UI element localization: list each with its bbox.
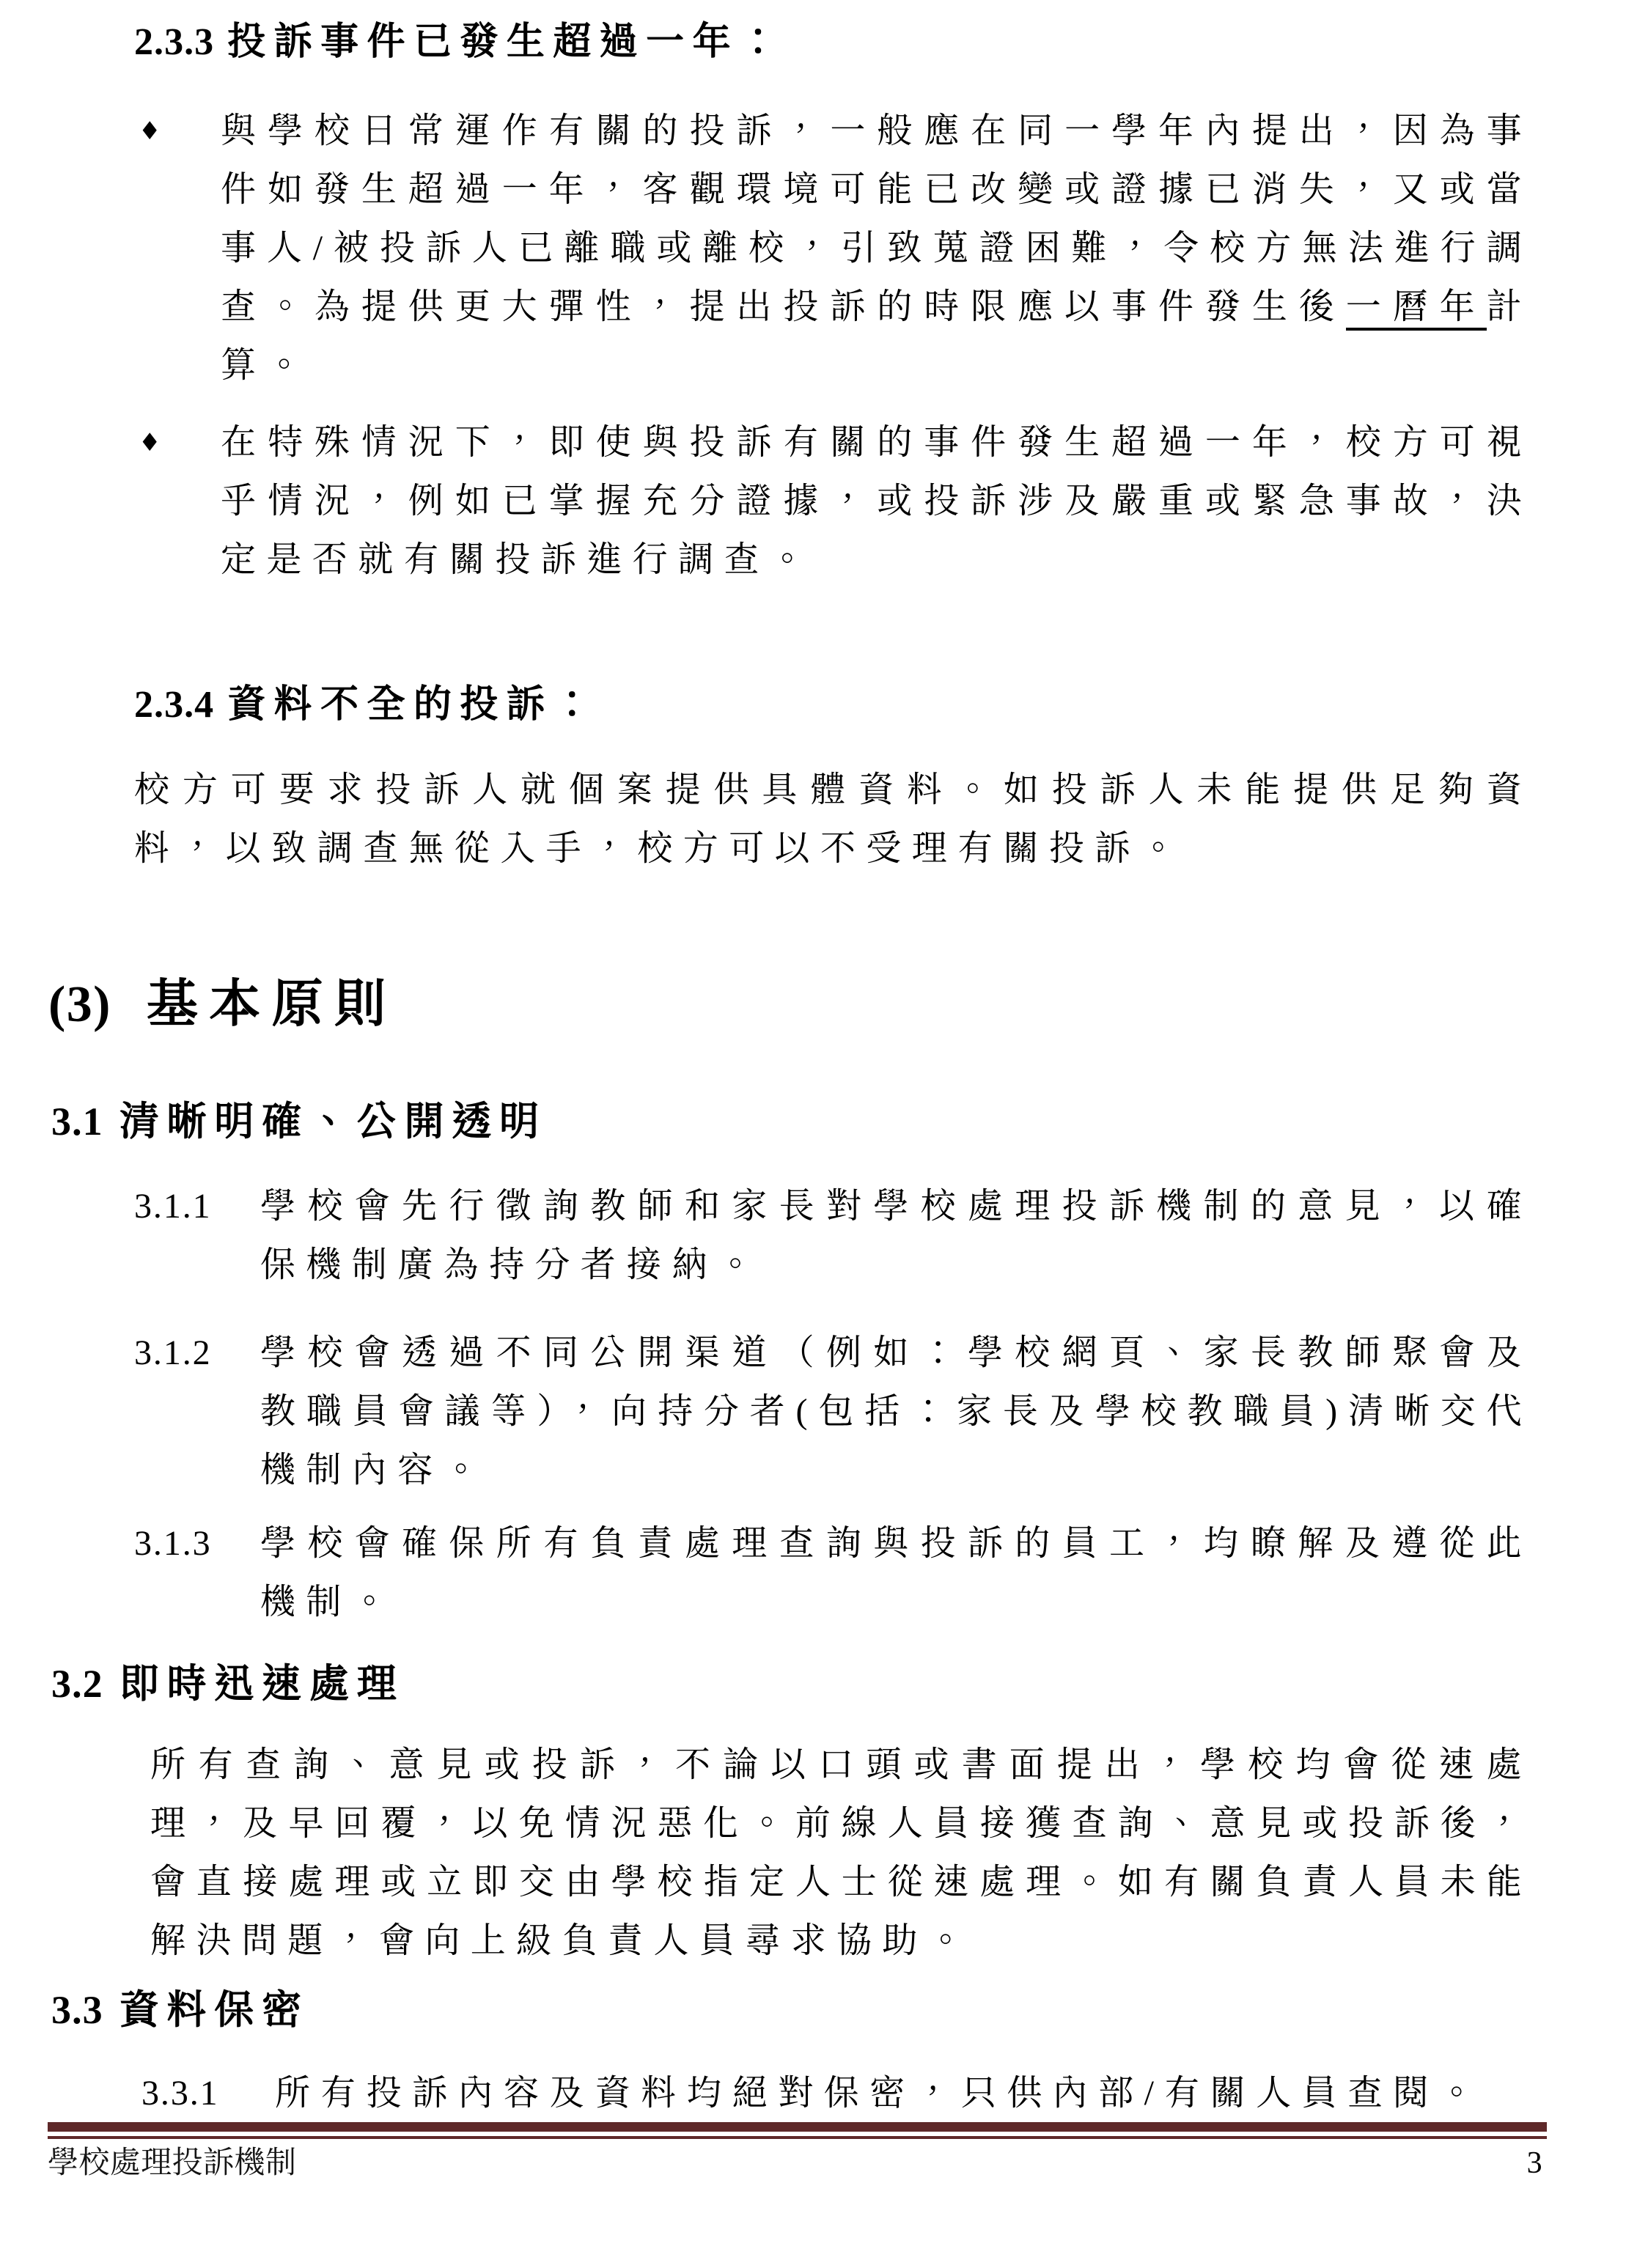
item-311: 3.1.1 學校會先行徵詢教師和家長對學校處理投訴機制的意見，以確保機制廣為持分… — [134, 1177, 1532, 1295]
section-31-heading: 3.1清晰明確、公開透明 — [51, 1095, 1532, 1148]
bullet-item-2: ♦ 在特殊情況下，即使與投訴有關的事件發生超過一年，校方可視乎情況，例如已掌握充… — [134, 413, 1532, 589]
item-312-text: 學校會透過不同公開渠道（例如：學校網頁、家長教師聚會及教職員會議等），向持分者(… — [260, 1324, 1532, 1500]
item-312-number: 3.1.2 — [134, 1324, 260, 1382]
item-311-number: 3.1.1 — [134, 1177, 260, 1236]
footer-rule-thick — [48, 2122, 1547, 2132]
diamond-bullet-icon: ♦ — [134, 413, 221, 472]
page-footer: 學校處理投訴機制 3 — [48, 2122, 1547, 2182]
section-33-number: 3.3 — [51, 1988, 103, 2032]
diamond-bullet-icon: ♦ — [134, 102, 221, 161]
item-331: 3.3.1 所有投訴內容及資料均絕對保密，只供內部/有關人員查閱。 — [134, 2064, 1532, 2123]
item-311-text: 學校會先行徵詢教師和家長對學校處理投訴機制的意見，以確保機制廣為持分者接納。 — [260, 1177, 1532, 1295]
section-33-title: 資料保密 — [119, 1988, 309, 2032]
item-313-number: 3.1.3 — [134, 1514, 260, 1573]
item-313-text: 學校會確保所有負責處理查詢與投訴的員工，均瞭解及遵從此機制。 — [260, 1514, 1532, 1632]
bullet-item-2-text: 在特殊情況下，即使與投訴有關的事件發生超過一年，校方可視乎情況，例如已掌握充分證… — [221, 413, 1532, 589]
document-page: 2.3.3投訴事件已發生超過一年： ♦ 與學校日常運作有關的投訴，一般應在同一學… — [0, 0, 1648, 2268]
bullet-item-1: ♦ 與學校日常運作有關的投訴，一般應在同一學年內提出，因為事件如發生超過一年，客… — [134, 102, 1532, 395]
bullet-1-underlined-term: 一曆年 — [1346, 287, 1487, 331]
section-3-number: (3) — [48, 976, 111, 1033]
section-3-heading: (3)基本原則 — [48, 973, 1532, 1037]
item-331-text: 所有投訴內容及資料均絕對保密，只供內部/有關人員查閱。 — [275, 2064, 1532, 2123]
item-331-number: 3.3.1 — [134, 2064, 275, 2123]
section-33-heading: 3.3資料保密 — [51, 1984, 1532, 2036]
item-312: 3.1.2 學校會透過不同公開渠道（例如：學校網頁、家長教師聚會及教職員會議等）… — [134, 1324, 1532, 1500]
section-31-title: 清晰明確、公開透明 — [119, 1100, 547, 1144]
section-234-heading: 2.3.4資料不全的投訴： — [134, 679, 1532, 732]
section-234-number: 2.3.4 — [134, 684, 214, 726]
section-32-title: 即時迅速處理 — [119, 1662, 405, 1706]
item-313: 3.1.3 學校會確保所有負責處理查詢與投訴的員工，均瞭解及遵從此機制。 — [134, 1514, 1532, 1632]
section-32-number: 3.2 — [51, 1662, 103, 1706]
section-234-paragraph: 校方可要求投訴人就個案提供具體資料。如投訴人未能提供足夠資料，以致調查無從入手，… — [134, 761, 1532, 878]
section-233-heading: 2.3.3投訴事件已發生超過一年： — [134, 16, 1532, 69]
bullet-item-1-text: 與學校日常運作有關的投訴，一般應在同一學年內提出，因為事件如發生超過一年，客觀環… — [221, 102, 1532, 395]
footer-rule-thin — [48, 2136, 1547, 2139]
footer-document-title: 學校處理投訴機制 — [48, 2144, 296, 2182]
section-32-heading: 3.2即時迅速處理 — [51, 1657, 1532, 1710]
section-31-number: 3.1 — [51, 1100, 103, 1144]
bullet-1-text-before: 與學校日常運作有關的投訴，一般應在同一學年內提出，因為事件如發生超過一年，客觀環… — [221, 111, 1532, 326]
section-3-title: 基本原則 — [147, 976, 397, 1033]
section-234-title: 資料不全的投訴： — [227, 684, 600, 726]
section-32-paragraph: 所有查詢、意見或投訴，不論以口頭或書面提出，學校均會從速處理，及早回覆，以免情況… — [150, 1736, 1532, 1970]
footer-page-number: 3 — [1527, 2144, 1547, 2182]
section-233-title: 投訴事件已發生超過一年： — [227, 21, 785, 63]
footer-text-row: 學校處理投訴機制 3 — [48, 2144, 1547, 2182]
section-233-number: 2.3.3 — [134, 21, 214, 63]
